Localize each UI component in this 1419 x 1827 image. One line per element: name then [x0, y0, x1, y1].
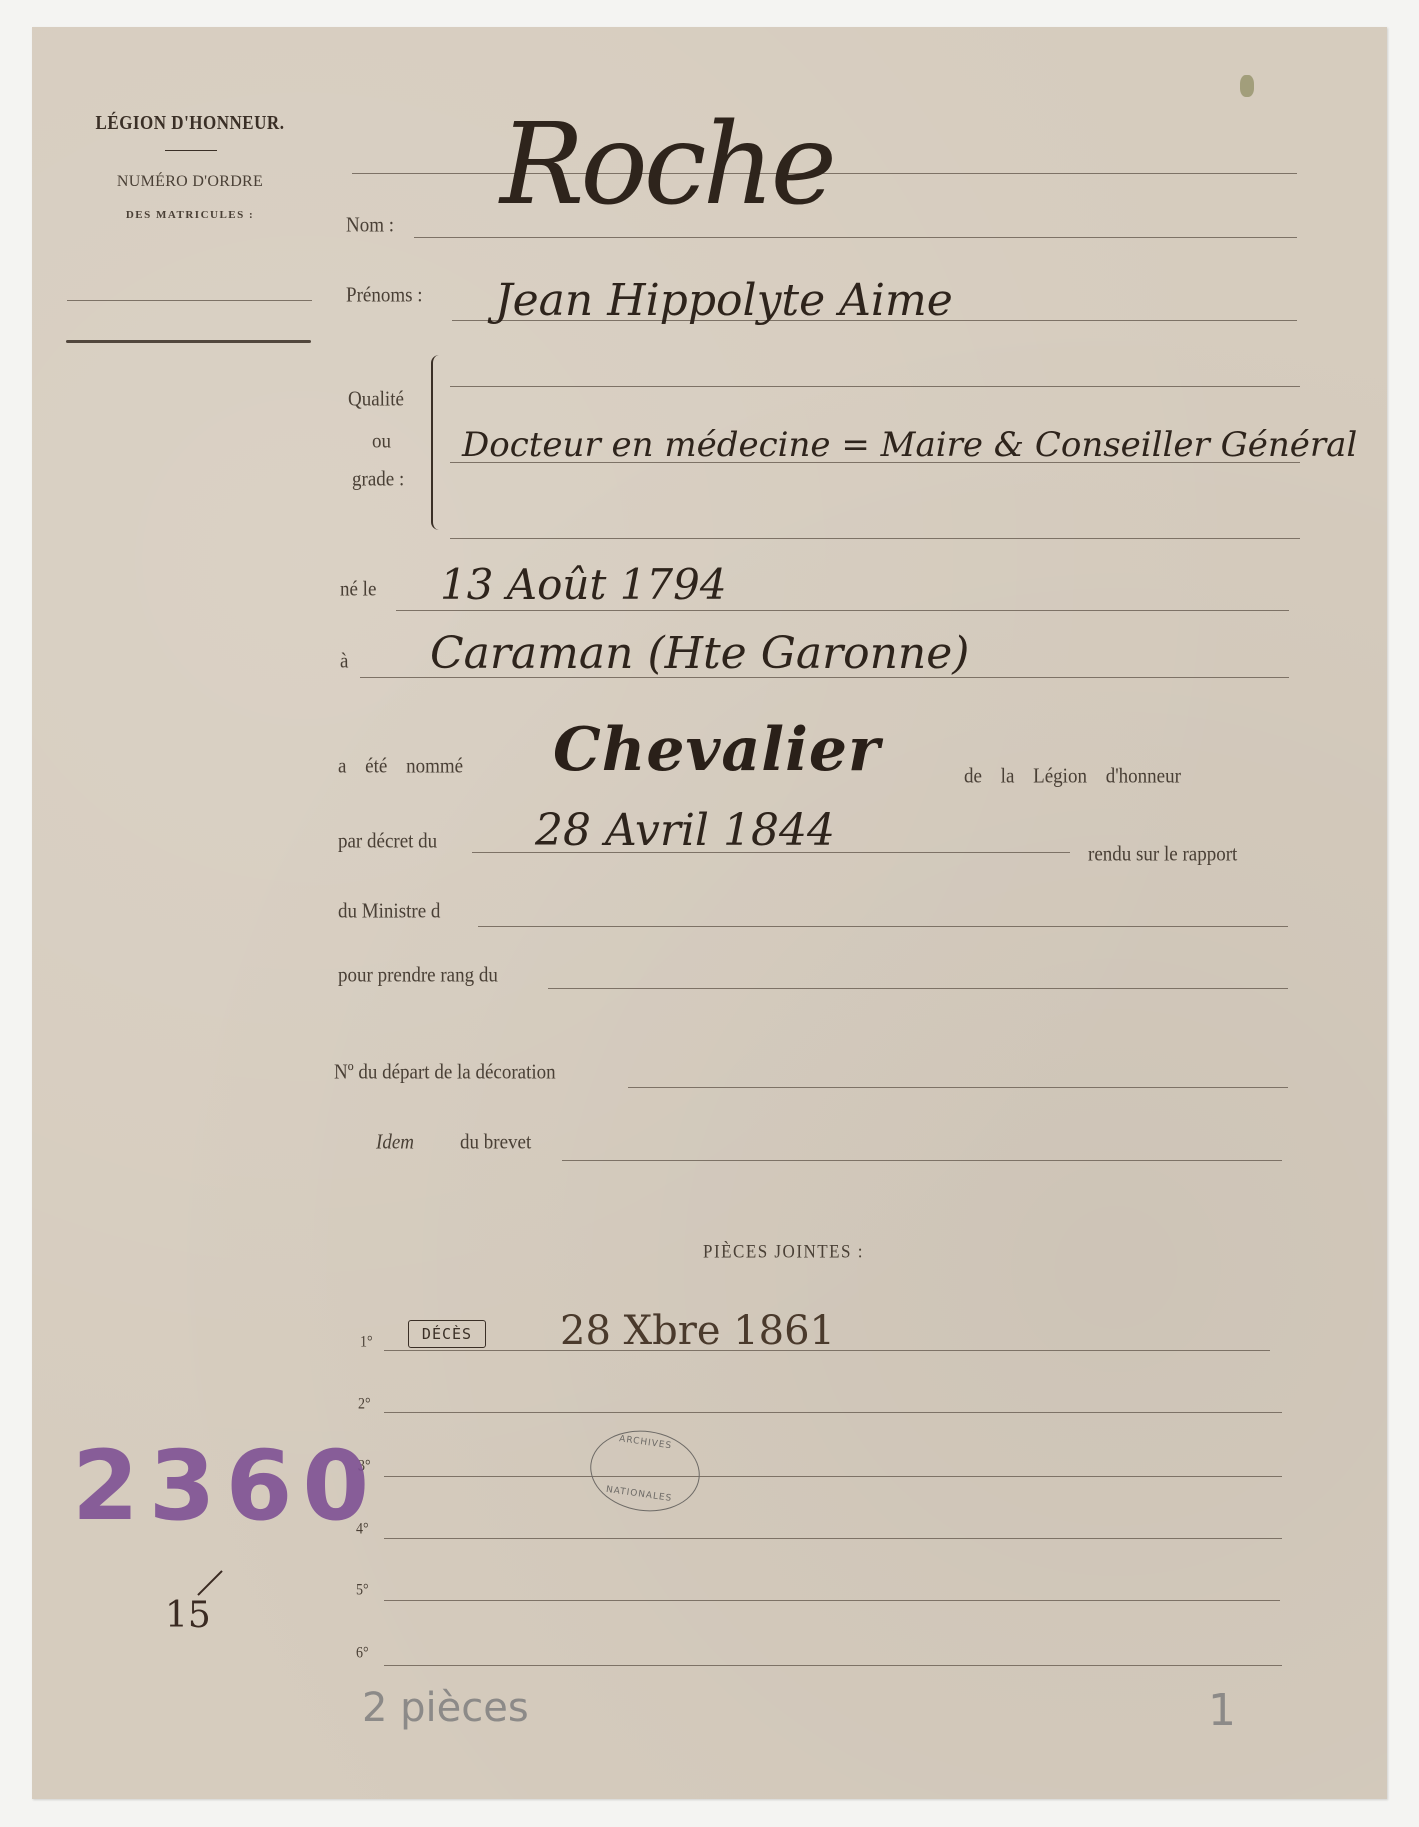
piece-6-line [384, 1665, 1282, 1666]
depart-line [628, 1087, 1288, 1088]
seal-bottom-text: NATIONALES [605, 1485, 672, 1504]
mold-spot [1240, 75, 1254, 97]
header-subtitle-2: DES MATRICULES : [60, 209, 320, 221]
qualite-line-3 [450, 538, 1300, 539]
header-subtitle: NUMÉRO D'ORDRE [60, 173, 320, 191]
ne-le-label: né le [340, 577, 376, 602]
ne-le-line [396, 610, 1289, 611]
ministre-label: du Ministre d [338, 899, 440, 924]
piece-1-num: 1° [360, 1334, 373, 1352]
header-rule [165, 150, 217, 151]
decret-label: par décret du [338, 829, 437, 854]
seal-top-text: ARCHIVES [618, 1434, 672, 1451]
matricule-line [67, 300, 312, 301]
ou-label: ou [372, 429, 391, 454]
decret-suffix: rendu sur le rapport [1088, 842, 1237, 867]
grade-label: grade : [352, 467, 404, 492]
piece-2-num: 2° [358, 1396, 371, 1414]
a-value: Caraman (Hte Garonne) [430, 628, 969, 679]
a-label: à [340, 649, 348, 674]
piece-4-line [384, 1538, 1282, 1539]
depart-label: Nº du départ de la décoration [334, 1060, 556, 1085]
qualite-value: Docteur en médecine = Maire & Conseiller… [462, 425, 1357, 465]
nomme-prefix: a été nommé [338, 754, 463, 779]
ink-note: 15 [165, 1595, 211, 1636]
piece-5-num: 5° [356, 1582, 369, 1600]
brevet-label-italic: Idem [376, 1130, 414, 1155]
piece-1-value: 28 Xbre 1861 [560, 1308, 835, 1354]
nomme-suffix: de la Légion d'honneur [964, 764, 1181, 789]
nom-label: Nom : [346, 213, 394, 238]
stamp-number: 2360 [72, 1430, 379, 1542]
piece-2-line [384, 1412, 1282, 1413]
prenoms-value: Jean Hippolyte Aime [495, 275, 953, 326]
piece-5-line [384, 1600, 1280, 1601]
rang-label: pour prendre rang du [338, 963, 498, 988]
deces-stamp: DÉCÈS [408, 1320, 486, 1348]
qualite-line-1 [450, 386, 1300, 387]
header-title: LÉGION D'HONNEUR. [60, 111, 320, 135]
piece-6-num: 6° [356, 1645, 369, 1663]
decret-value: 28 Avril 1844 [535, 805, 835, 856]
pieces-heading: PIÈCES JOINTES : [703, 1241, 864, 1263]
brevet-line [562, 1160, 1282, 1161]
piece-3-line [384, 1476, 1282, 1477]
ornamental-rule [66, 340, 311, 343]
qualite-label: Qualité [348, 387, 404, 412]
brevet-label: du brevet [460, 1130, 531, 1155]
nom-value: Roche [500, 100, 833, 230]
ne-le-value: 13 Août 1794 [440, 560, 727, 609]
rang-line [548, 988, 1288, 989]
pencil-page-number: 1 [1208, 1685, 1236, 1736]
prenoms-label: Prénoms : [346, 283, 423, 308]
qualite-bracket [431, 355, 439, 530]
pencil-note-pieces: 2 pièces [362, 1685, 529, 1731]
rank-value: Chevalier [553, 715, 881, 785]
nom-line [414, 237, 1297, 238]
ministre-line [478, 926, 1288, 927]
